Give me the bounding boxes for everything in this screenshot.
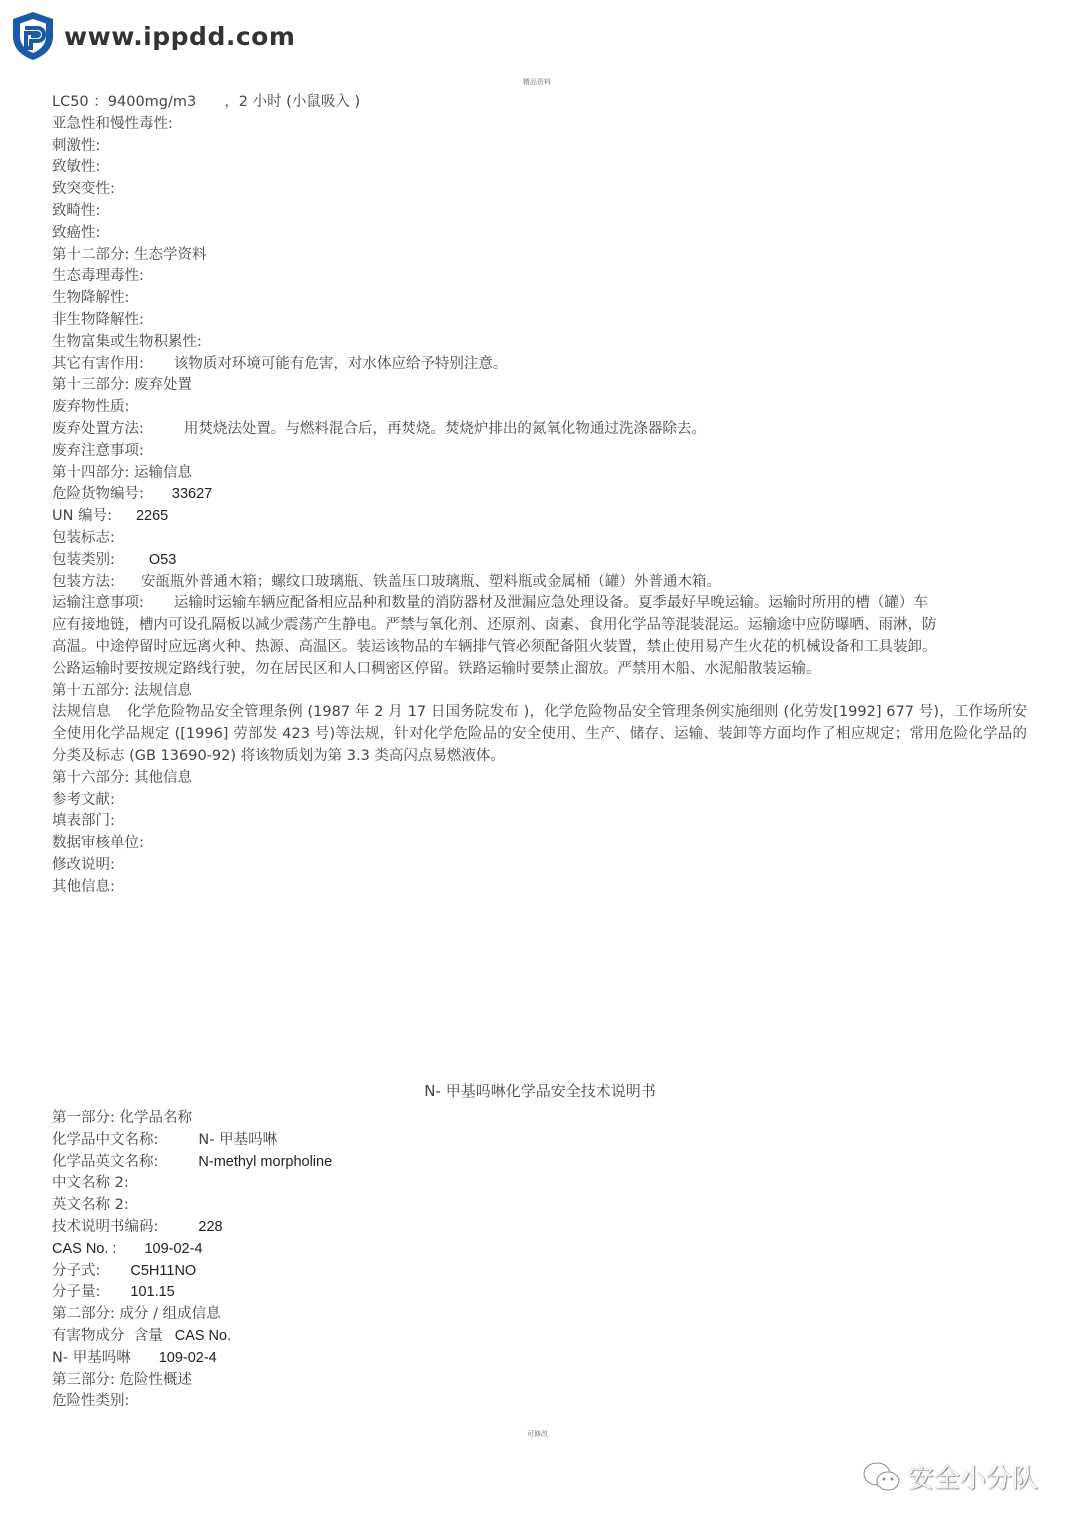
- doc-line: 化学品中文名称:N- 甲基吗啉: [52, 1130, 332, 1152]
- doc-line: 致敏性:: [52, 157, 1027, 179]
- lc50-line: LC50 ：9400mg/m3，2 小时 (小鼠吸入 ): [52, 92, 1027, 114]
- section-heading: 第十四部分: 运输信息: [52, 463, 1027, 485]
- doc-line: 致癌性:: [52, 223, 1027, 245]
- doc-line: 技术说明书编码:228: [52, 1217, 332, 1239]
- doc-line: CAS No. :109-02-4: [52, 1239, 332, 1261]
- doc-line: 刺激性:: [52, 136, 1027, 158]
- doc-line: 生物降解性:: [52, 288, 1027, 310]
- doc-line: 废弃物性质:: [52, 397, 1027, 419]
- doc-line: 修改说明:: [52, 855, 1027, 877]
- doc-line: 其他信息:: [52, 877, 1027, 899]
- doc-line: 非生物降解性:: [52, 310, 1027, 332]
- doc-line: 致畸性:: [52, 201, 1027, 223]
- top-note: 精品资料: [523, 77, 551, 87]
- wechat-watermark: 安全小分队: [862, 1458, 1038, 1495]
- section-heading: 第十二部分: 生态学资料: [52, 245, 1027, 267]
- doc-line: 亚急性和慢性毒性:: [52, 114, 1027, 136]
- section-heading: 第十六部分: 其他信息: [52, 768, 1027, 790]
- shield-logo-icon: [10, 10, 56, 62]
- doc-line: 危险货物编号:33627: [52, 484, 1027, 506]
- doc-line: 分子量:101.15: [52, 1282, 332, 1304]
- doc-line: 包装方法:安瓿瓶外普通木箱；螺纹口玻璃瓶、铁盖压口玻璃瓶、塑料瓶或金属桶（罐）外…: [52, 572, 1027, 594]
- site-logo: www.ippdd.com: [10, 10, 295, 62]
- doc-line: 废弃注意事项:: [52, 441, 1027, 463]
- doc-line: N- 甲基吗啉109-02-4: [52, 1348, 332, 1370]
- doc-line: 填表部门:: [52, 811, 1027, 833]
- section-heading: 第一部分: 化学品名称: [52, 1108, 332, 1130]
- doc-line: 参考文献:: [52, 790, 1027, 812]
- doc-line: 中文名称 2:: [52, 1173, 332, 1195]
- doc-line: 其它有害作用:该物质对环境可能有危害，对水体应给予特别注意。: [52, 354, 1027, 376]
- doc-line: 包装标志:: [52, 528, 1027, 550]
- footer-note: 可修改: [527, 1429, 548, 1439]
- section-heading: 第二部分: 成分 / 组成信息: [52, 1304, 332, 1326]
- transport-notes: 运输注意事项:运输时运输车辆应配备相应品种和数量的消防器材及泄漏应急处理设备。夏…: [52, 593, 942, 680]
- section-heading: 第十三部分: 废弃处置: [52, 375, 1027, 397]
- page1-content: LC50 ：9400mg/m3，2 小时 (小鼠吸入 ) 亚急性和慢性毒性: 刺…: [52, 92, 1027, 898]
- doc-line: 英文名称 2:: [52, 1195, 332, 1217]
- regulation-info: 法规信息化学危险物品安全管理条例 (1987 年 2 月 17 日国务院发布 )…: [52, 702, 1027, 767]
- doc-line: 有害物成分 含量CAS No.: [52, 1326, 332, 1348]
- section-heading: 第三部分: 危险性概述: [52, 1370, 332, 1392]
- doc-line: 致突变性:: [52, 179, 1027, 201]
- doc-line: 生态毒理毒性:: [52, 266, 1027, 288]
- watermark-text: 安全小分队: [908, 1458, 1038, 1495]
- doc-line: 生物富集或生物积累性:: [52, 332, 1027, 354]
- doc-line: 危险性类别:: [52, 1391, 332, 1413]
- doc-line: 包装类别:O53: [52, 550, 1027, 572]
- site-url[interactable]: www.ippdd.com: [64, 22, 295, 51]
- doc-line: 化学品英文名称:N-methyl morpholine: [52, 1152, 332, 1174]
- document-title: N- 甲基吗啉化学品安全技术说明书: [0, 1080, 1080, 1101]
- doc-line: 废弃处置方法:用焚烧法处置。与燃料混合后，再焚烧。焚烧炉排出的氮氧化物通过洗涤器…: [52, 419, 1027, 441]
- wechat-icon: [862, 1460, 902, 1494]
- section-heading: 第十五部分: 法规信息: [52, 681, 1027, 703]
- doc-line: UN 编号:2265: [52, 506, 1027, 528]
- doc-line: 数据审核单位:: [52, 833, 1027, 855]
- doc-line: 分子式:C5H11NO: [52, 1261, 332, 1283]
- page2-content: 第一部分: 化学品名称 化学品中文名称:N- 甲基吗啉 化学品英文名称:N-me…: [52, 1108, 332, 1413]
